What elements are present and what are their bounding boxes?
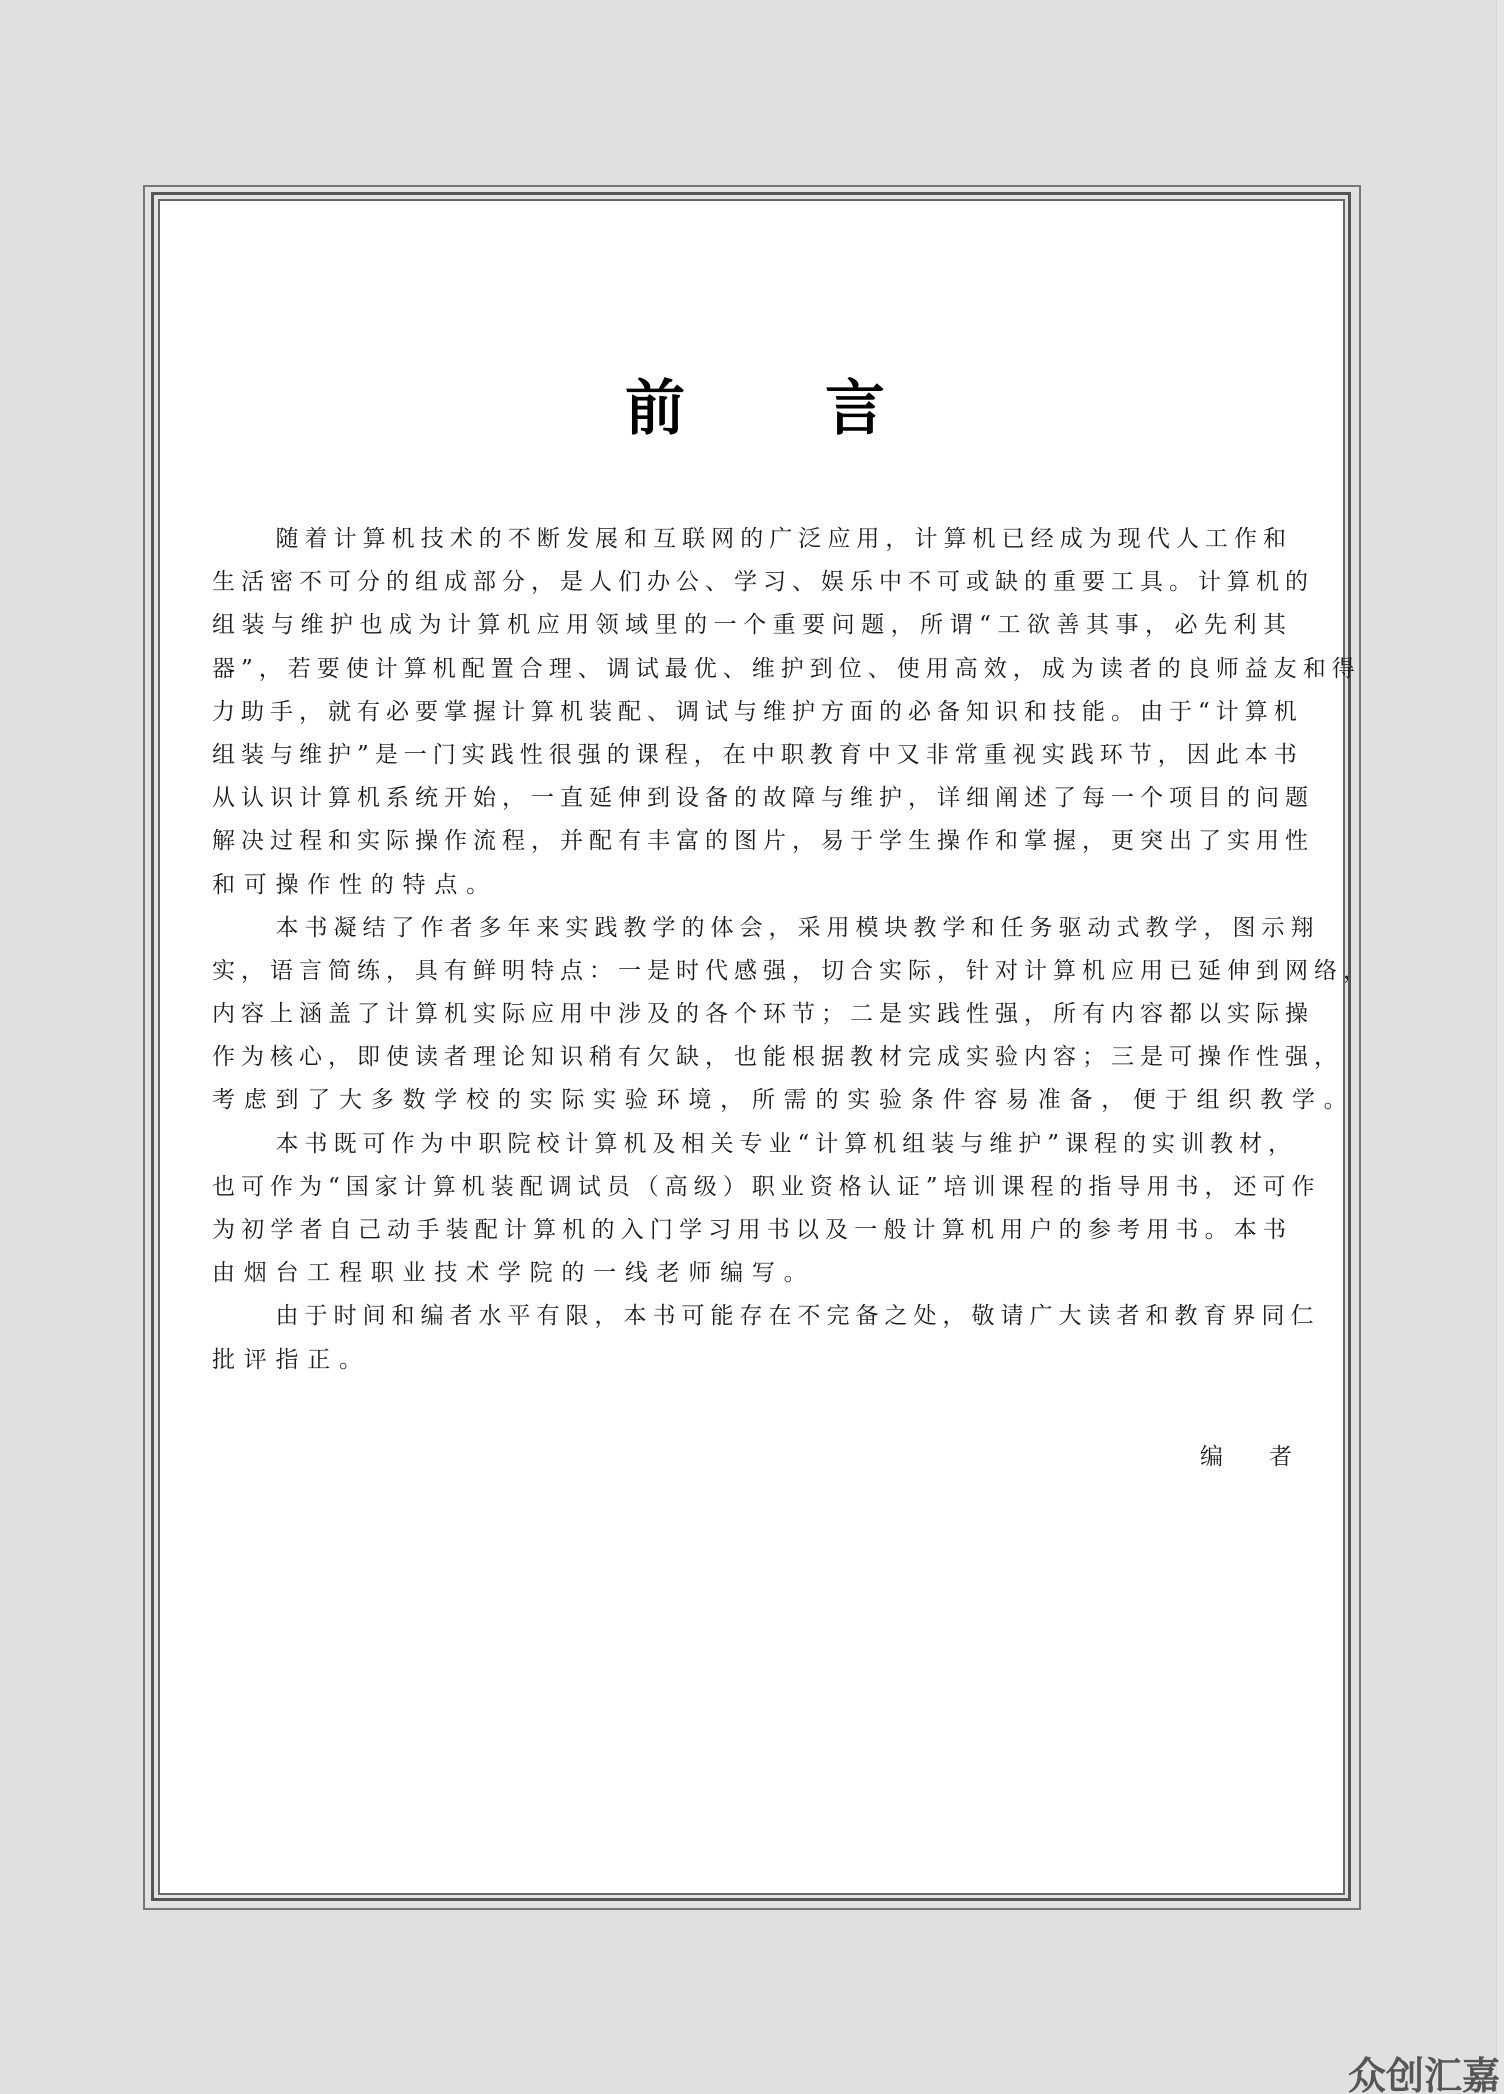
paragraph-1-line-4: 器”，若要使计算机配置合理、调试最优、维护到位、使用高效，成为读者的良师益友和得 xyxy=(212,648,1292,691)
paragraph-1-line-2: 生活密不可分的组成部分，是人们办公、学习、娱乐中不可或缺的重要工具。计算机的 xyxy=(212,561,1292,604)
watermark-logo: 众创汇嘉 xyxy=(1348,2056,1500,2094)
paragraph-1-line-9: 和可操作性的特点。 xyxy=(212,864,1292,907)
paragraph-2-line-2: 实，语言简练，具有鲜明特点：一是时代感强，切合实际，针对计算机应用已延伸到网络， xyxy=(212,950,1292,993)
paragraph-2-line-5: 考虑到了大多数学校的实际实验环境，所需的实验条件容易准备，便于组织教学。 xyxy=(212,1079,1292,1122)
signature-char-2: 者 xyxy=(1269,1436,1292,1479)
paragraph-1-line-1: 随着计算机技术的不断发展和互联网的广泛应用，计算机已经成为现代人工作和 xyxy=(212,518,1292,561)
paragraph-4-line-1: 由于时间和编者水平有限，本书可能存在不完备之处，敬请广大读者和教育界同仁 xyxy=(212,1295,1292,1338)
signature-char-1: 编 xyxy=(1200,1436,1223,1479)
paragraph-2-line-3: 内容上涵盖了计算机实际应用中涉及的各个环节；二是实践性强，所有内容都以实际操 xyxy=(212,993,1292,1036)
page-edge-strip xyxy=(1496,0,1504,2094)
page-title-char-1: 前 xyxy=(625,372,683,446)
paragraph-3-line-1: 本书既可作为中职院校计算机及相关专业“计算机组装与维护”课程的实训教材， xyxy=(212,1123,1292,1166)
paragraph-2-line-1: 本书凝结了作者多年来实践教学的体会，采用模块教学和任务驱动式教学，图示翔 xyxy=(212,907,1292,950)
preface-body: 随着计算机技术的不断发展和互联网的广泛应用，计算机已经成为现代人工作和 生活密不… xyxy=(212,518,1292,1382)
paragraph-1-line-8: 解决过程和实际操作流程，并配有丰富的图片，易于学生操作和掌握，更突出了实用性 xyxy=(212,820,1292,863)
paragraph-4-line-2: 批评指正。 xyxy=(212,1339,1292,1382)
paragraph-1-line-7: 从认识计算机系统开始，一直延伸到设备的故障与维护，详细阐述了每一个项目的问题 xyxy=(212,777,1292,820)
paragraph-2-line-4: 作为核心，即使读者理论知识稍有欠缺，也能根据教材完成实验内容；三是可操作性强， xyxy=(212,1036,1292,1079)
page-title: 前 言 xyxy=(0,372,1504,446)
paragraph-1-line-6: 组装与维护”是一门实践性很强的课程，在中职教育中又非常重视实践环节，因此本书 xyxy=(212,734,1292,777)
page-title-char-2: 言 xyxy=(825,372,883,446)
paragraph-3-line-2: 也可作为“国家计算机装配调试员（高级）职业资格认证”培训课程的指导用书，还可作 xyxy=(212,1166,1292,1209)
paragraph-3-line-3: 为初学者自己动手装配计算机的入门学习用书以及一般计算机用户的参考用书。本书 xyxy=(212,1209,1292,1252)
author-signature: 编 者 xyxy=(1200,1436,1292,1479)
paragraph-1-line-5: 力助手，就有必要掌握计算机装配、调试与维护方面的必备知识和技能。由于“计算机 xyxy=(212,691,1292,734)
paragraph-1-line-3: 组装与维护也成为计算机应用领域里的一个重要问题，所谓“工欲善其事，必先利其 xyxy=(212,604,1292,647)
paragraph-3-line-4: 由烟台工程职业技术学院的一线老师编写。 xyxy=(212,1252,1292,1295)
